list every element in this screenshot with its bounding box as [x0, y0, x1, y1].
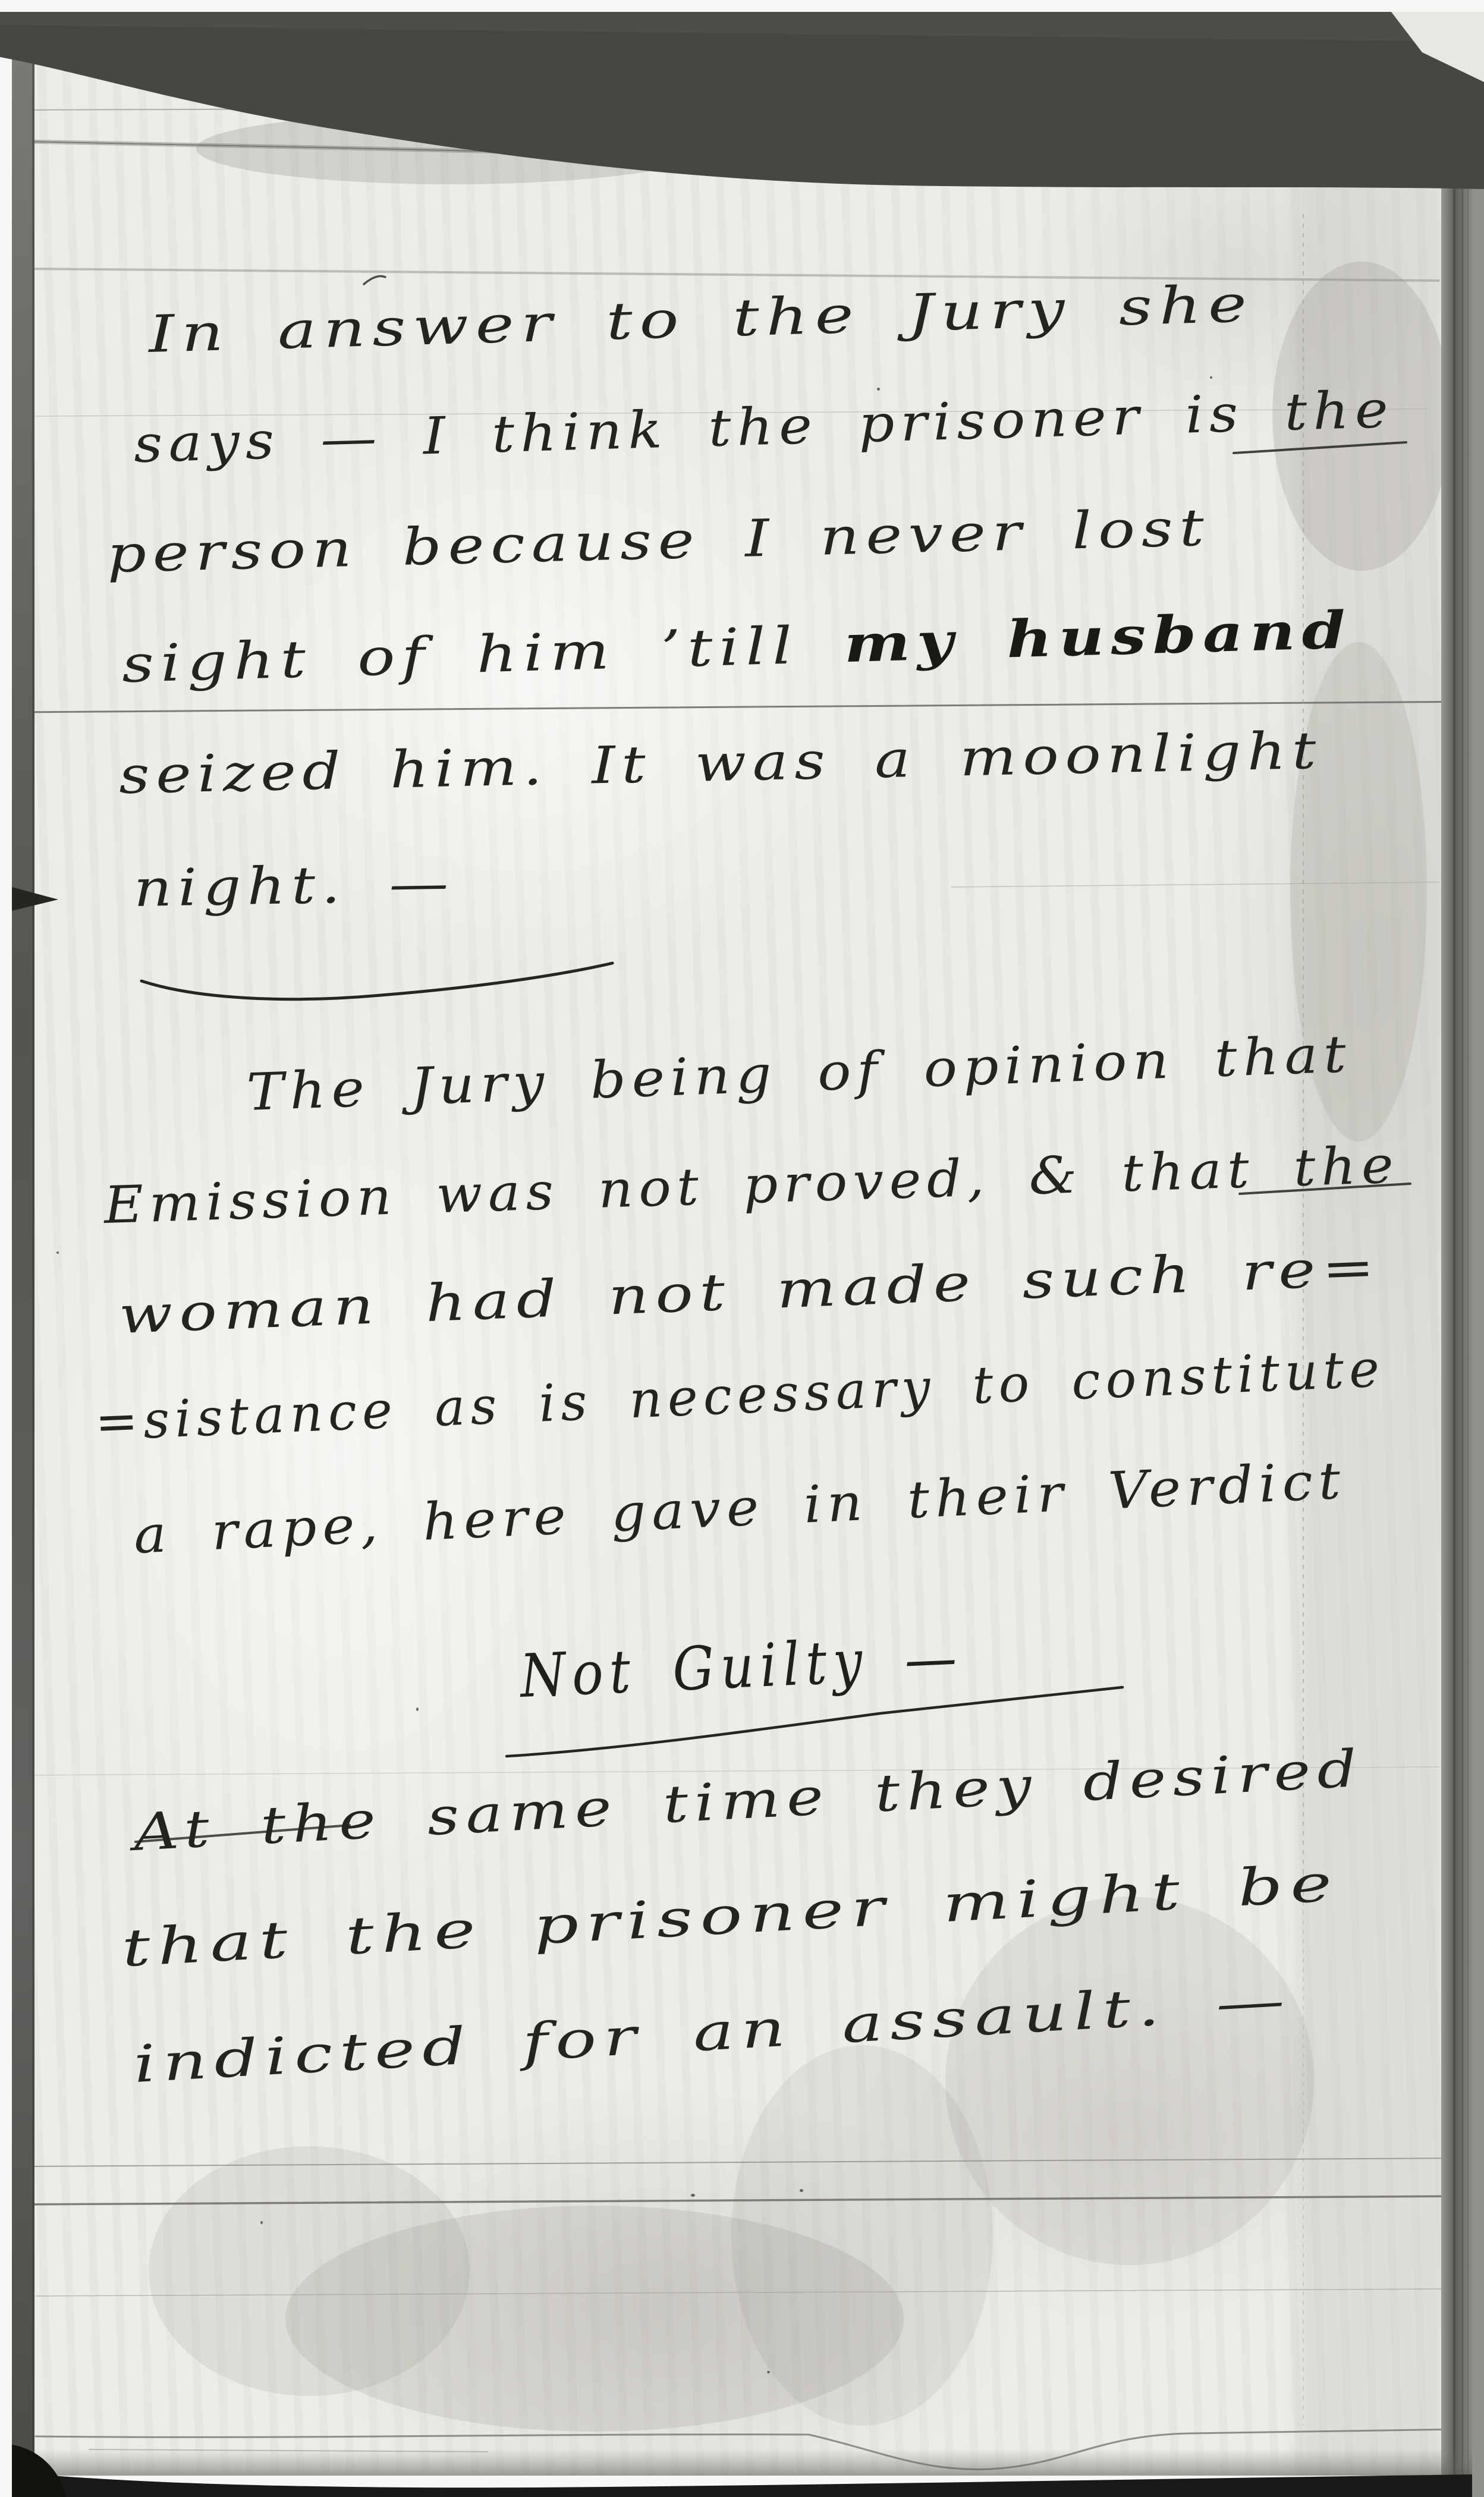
ink-speck — [877, 388, 880, 391]
ink-speck — [1210, 376, 1212, 379]
manuscript-line-2: says — I think the prisoner is the — [133, 384, 1395, 470]
manuscript-line-14: indicted for an assault. — — [133, 1974, 1293, 2090]
manuscript-line-6: night. — — [133, 858, 455, 914]
ink-speck — [416, 1707, 419, 1711]
manuscript-line-10: =sistance as is necessary to constitute — [94, 1343, 1385, 1448]
ink-speck — [260, 2221, 263, 2224]
manuscript-line-3: person because I never lost — [106, 502, 1211, 580]
ink-speck — [691, 2194, 695, 2197]
manuscript-line-9: woman had not made such re= — [118, 1241, 1382, 1341]
manuscript-line-7: The Jury being of opinion that — [246, 1029, 1352, 1118]
manuscript-line-5: seized him. It was a moonlight — [118, 725, 1323, 801]
manuscript-line-11: a rape, here gave in their Verdict — [133, 1455, 1347, 1561]
manuscript-line-4: sight of him ’till my husband — [121, 605, 1353, 690]
manuscript-line-12: At the same time they desired — [133, 1743, 1364, 1858]
scanned-manuscript-screenshot: { "page": { "colors": { "ink": "#24231f"… — [0, 0, 1484, 2497]
handwritten-text: In answer to the Jury she says — I think… — [0, 0, 1484, 2497]
manuscript-line-1: In answer to the Jury she — [148, 278, 1255, 360]
manuscript-line-13: that the prisoner might be — [121, 1857, 1341, 1974]
verdict-line: Not Guilty — — [519, 1628, 964, 1706]
ink-speck — [56, 1251, 59, 1254]
ink-speck — [800, 2189, 803, 2192]
ink-speck — [767, 2371, 770, 2373]
manuscript-line-8: Emission was not proved, & that the — [103, 1140, 1400, 1231]
